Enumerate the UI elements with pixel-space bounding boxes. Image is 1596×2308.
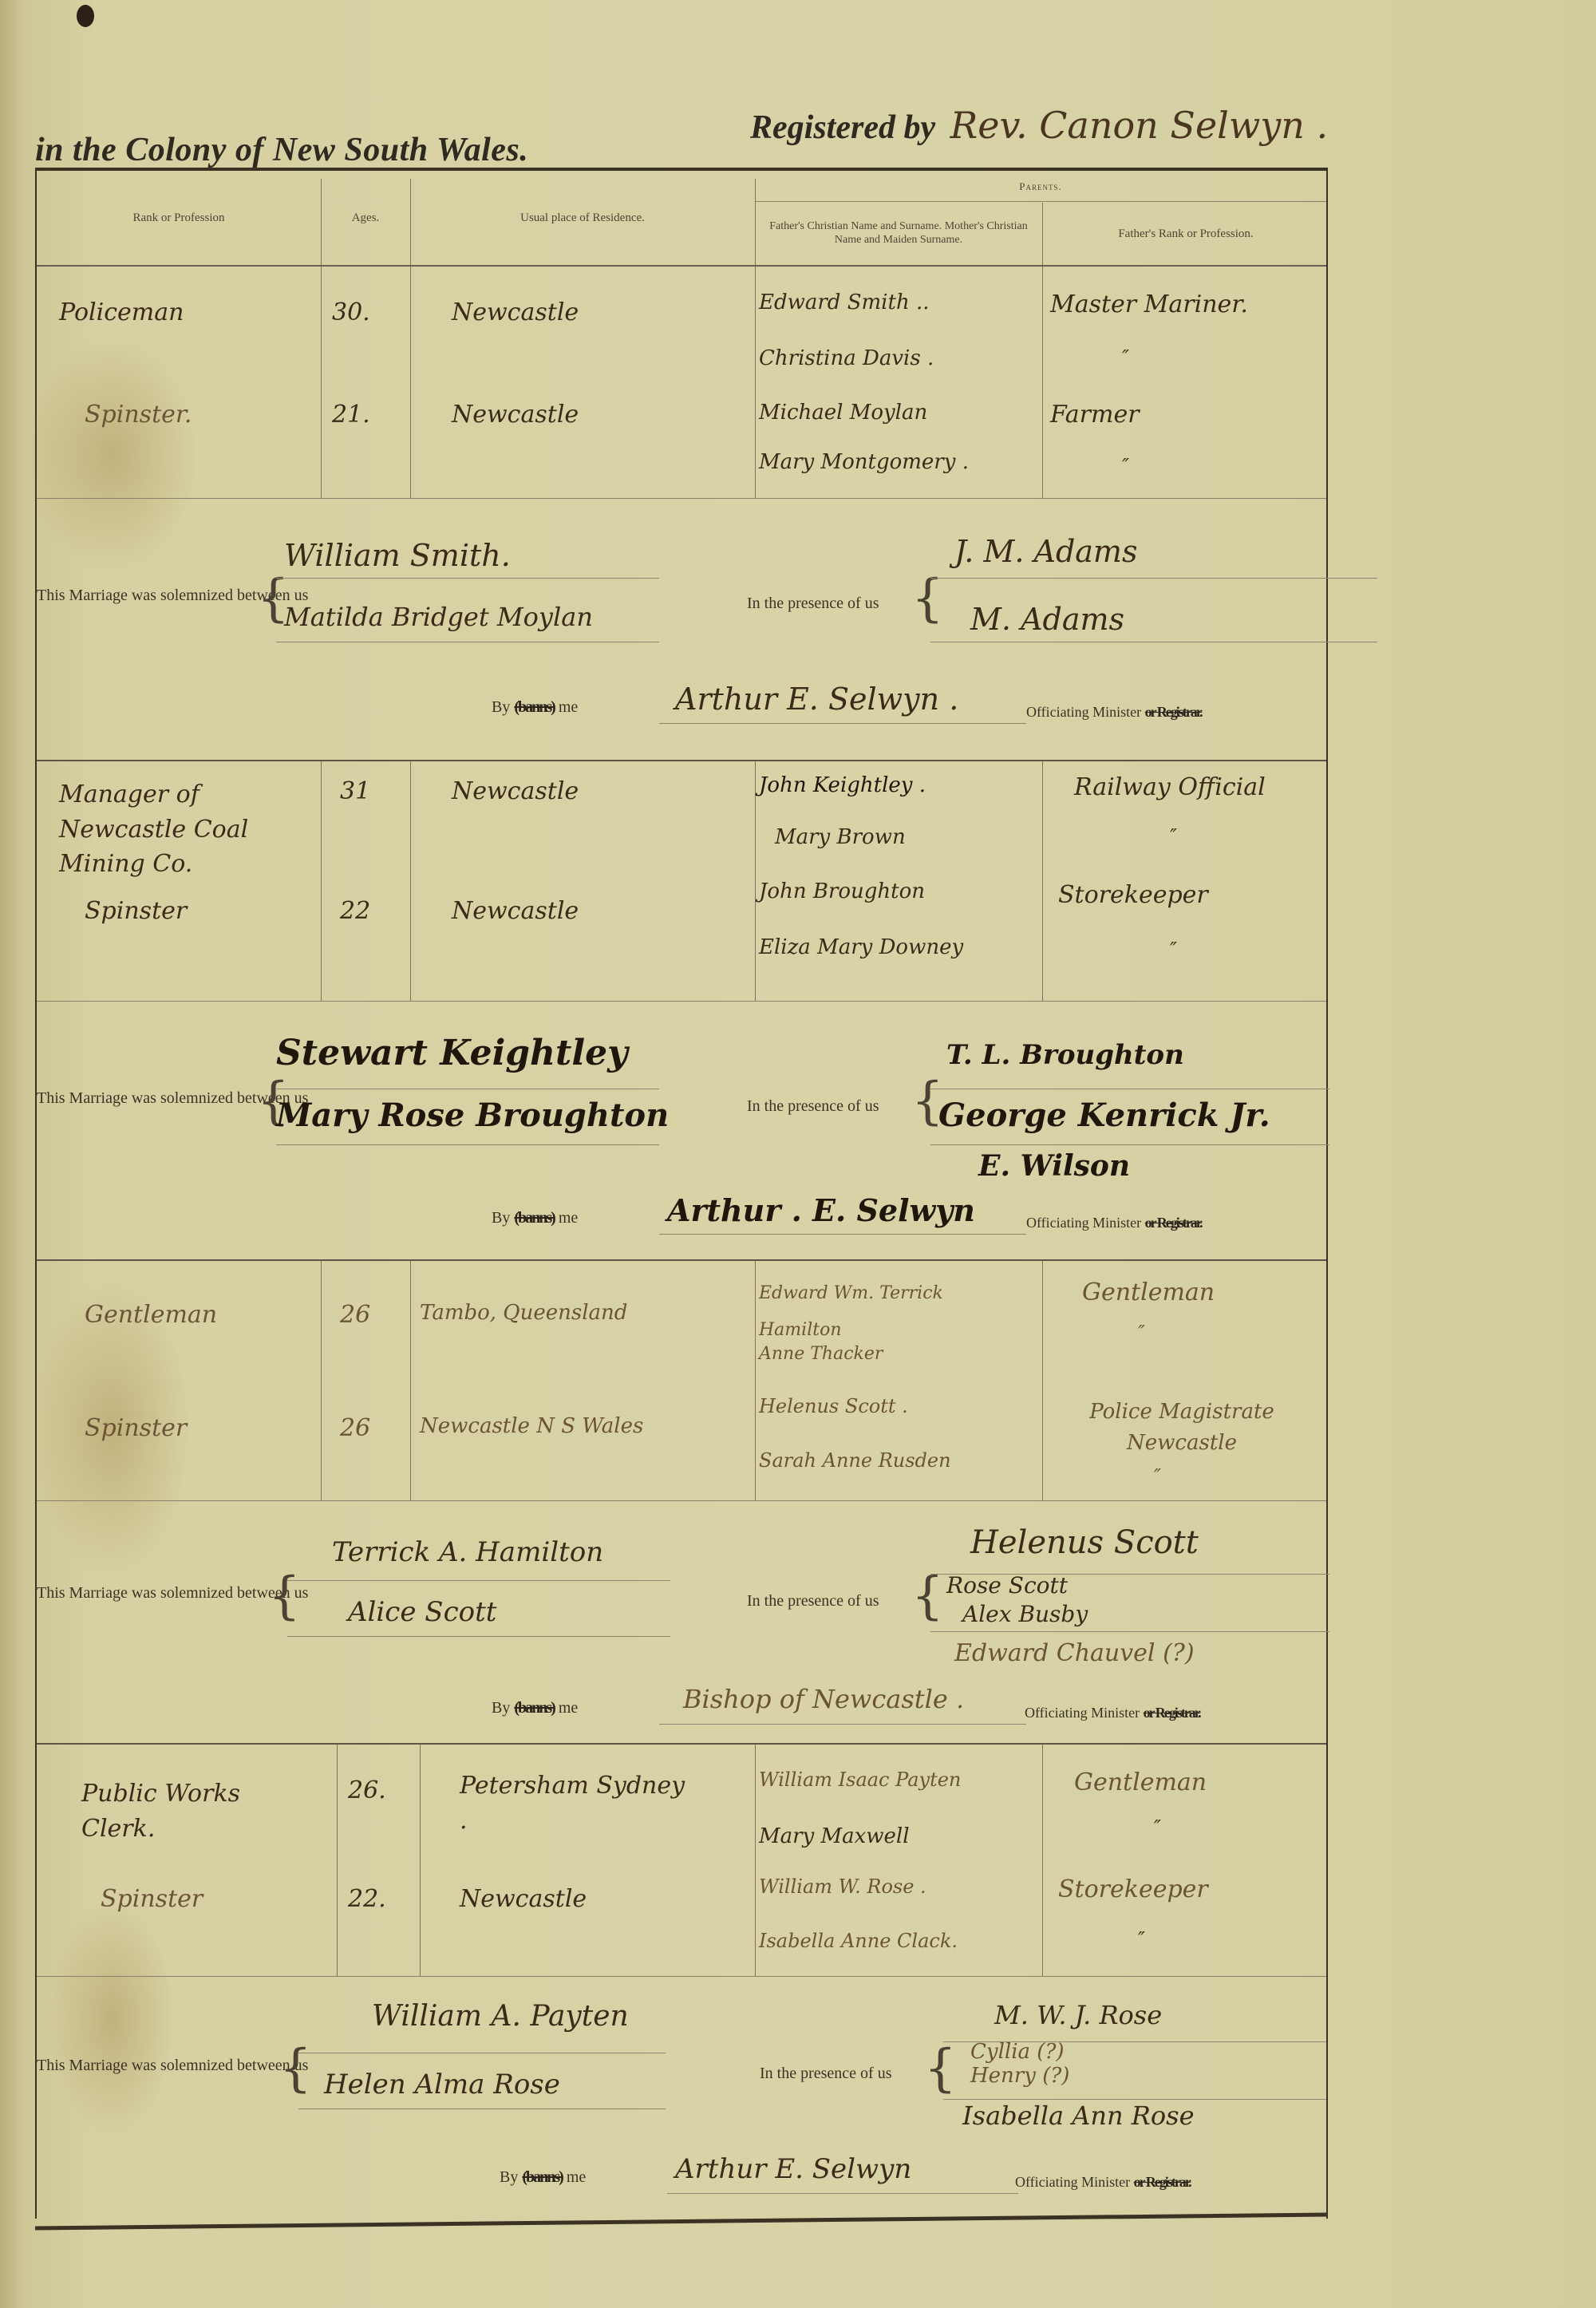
witness-signature: Edward Chauvel (?): [954, 1639, 1195, 1667]
bride-mother: Mary Montgomery .: [759, 450, 969, 474]
groom-mother: Mary Brown: [775, 825, 906, 849]
groom-residence: Petersham Sydney .: [460, 1769, 699, 1838]
bride-rank: Spinster: [85, 1414, 187, 1442]
bride-signature: Matilda Bridget Moylan: [284, 602, 593, 632]
groom-rank: Policeman: [59, 298, 184, 326]
groom-father-rank: Master Mariner.: [1050, 290, 1248, 318]
divider: [1042, 203, 1043, 265]
col-rank: Rank or Profession: [37, 171, 321, 265]
divider: [321, 179, 322, 265]
witness-signature: Henry (?): [970, 2064, 1069, 2088]
groom-age: 26: [340, 1301, 370, 1329]
groom-signature: William A. Payten: [372, 2000, 629, 2033]
registered-by: Registered by Rev. Canon Selwyn .: [750, 104, 1328, 147]
minister-signature: Arthur E. Selwyn .: [675, 682, 958, 717]
bride-age: 21.: [332, 401, 370, 429]
groom-mother: Anne Thacker: [759, 1344, 883, 1364]
witness-signature: Helenus Scott: [970, 1524, 1199, 1561]
presence-label: In the presence of us: [760, 2064, 892, 2083]
presence-label: In the presence of us: [747, 594, 879, 613]
col-parents-group: Parents.: [755, 180, 1326, 193]
col-father-rank: Father's Rank or Profession.: [1066, 203, 1306, 265]
brace: {: [911, 1571, 944, 1622]
brace: {: [268, 1571, 301, 1622]
presence-label: In the presence of us: [747, 1591, 879, 1610]
groom-signature: Terrick A. Hamilton: [332, 1536, 603, 1568]
minister-signature: Arthur E. Selwyn: [675, 2153, 911, 2185]
presence-label: In the presence of us: [747, 1097, 879, 1116]
bride-father-rank: Storekeeper: [1058, 1875, 1208, 1903]
groom-age: 26.: [348, 1776, 386, 1804]
groom-residence: Newcastle: [452, 298, 579, 326]
witness-signature: J. M. Adams: [954, 534, 1137, 569]
witness-signature: Cyllia (?): [970, 2040, 1065, 2064]
bride-father: John Broughton: [759, 879, 925, 903]
ditto-mark: ″: [1122, 346, 1129, 369]
witness-signature: Alex Busby: [962, 1601, 1088, 1627]
officiating-label: Officiating Minister or Registrar.: [1025, 1705, 1200, 1722]
bride-father: Helenus Scott .: [759, 1395, 908, 1417]
divider: [410, 179, 411, 265]
groom-residence: Newcastle: [452, 777, 579, 805]
groom-father: Edward Smith ..: [759, 290, 929, 314]
groom-father: Edward Wm. Terrick Hamilton: [759, 1275, 1030, 1349]
bride-father-rank: Farmer: [1050, 401, 1140, 429]
bride-signature: Alice Scott: [348, 1596, 496, 1628]
bride-signature: Mary Rose Broughton: [276, 1097, 669, 1134]
divider: [755, 179, 756, 265]
bride-father: William W. Rose .: [759, 1875, 926, 1898]
officiating-label: Officiating Minister or Registrar.: [1026, 1215, 1202, 1232]
registrar-name: Rev. Canon Selwyn .: [950, 104, 1329, 147]
by-label: By (banns) me: [492, 698, 578, 717]
solemnized-label: This Marriage was solemnized between us: [37, 586, 254, 605]
groom-mother: Mary Maxwell: [759, 1824, 910, 1848]
by-label: By (banns) me: [492, 1208, 578, 1227]
officiating-label: Officiating Minister or Registrar.: [1015, 2174, 1191, 2191]
bride-residence: Newcastle: [452, 897, 579, 925]
bride-father-rank: Storekeeper: [1058, 881, 1208, 909]
ditto-mark: ″: [1154, 1816, 1161, 1839]
ditto-mark: ″: [1170, 939, 1177, 961]
by-label: By (banns) me: [500, 2168, 586, 2187]
minister-signature: Bishop of Newcastle .: [683, 1684, 964, 1714]
divider: [755, 201, 1326, 202]
groom-father-rank: Gentleman: [1082, 1278, 1215, 1306]
groom-signature: William Smith.: [284, 538, 511, 573]
groom-residence: Tambo, Queensland: [420, 1301, 627, 1325]
groom-mother: Christina Davis .: [759, 346, 934, 370]
witness-signature: Isabella Ann Rose: [962, 2101, 1195, 2131]
bride-rank: Spinster: [85, 897, 187, 925]
bride-residence: Newcastle: [452, 401, 579, 429]
registered-prefix: Registered by: [750, 109, 935, 146]
marriage-register-table: Rank or Profession Ages. Usual place of …: [35, 168, 1328, 2219]
witness-signature: Rose Scott: [946, 1572, 1068, 1599]
ditto-mark: ″: [1138, 1928, 1145, 1950]
marriage-entry: Public Works Clerk. 26. Petersham Sydney…: [37, 1745, 1326, 2219]
groom-father-rank: Railway Official: [1074, 773, 1266, 801]
groom-age: 30.: [332, 298, 370, 326]
witness-signature: T. L. Broughton: [946, 1039, 1184, 1071]
solemnized-label: This Marriage was solemnized between us: [37, 2056, 276, 2075]
col-residence: Usual place of Residence.: [410, 171, 755, 265]
groom-rank: Manager of Newcastle Coal Mining Co.: [59, 777, 314, 882]
groom-father: William Isaac Payten: [759, 1769, 961, 1791]
witness-signature: M. Adams: [970, 602, 1124, 637]
bride-residence: Newcastle: [460, 1885, 587, 1913]
bride-rank: Spinster.: [85, 401, 192, 429]
solemnized-label: This Marriage was solemnized between us: [37, 1583, 265, 1603]
bride-rank: Spinster: [101, 1885, 203, 1913]
bride-mother: Isabella Anne Clack.: [759, 1930, 958, 1952]
ditto-mark: ″: [1154, 1465, 1161, 1488]
by-label: By (banns) me: [492, 1698, 578, 1717]
bride-mother: Sarah Anne Rusden: [759, 1449, 951, 1472]
groom-rank: Gentleman: [85, 1301, 217, 1329]
witness-signature: E. Wilson: [978, 1149, 1130, 1183]
solemnized-label: This Marriage was solemnized between us: [37, 1089, 254, 1108]
bride-father-rank: Police Magistrate Newcastle: [1046, 1397, 1317, 1459]
marriage-entry: Manager of Newcastle Coal Mining Co. 31 …: [37, 761, 1326, 1261]
groom-signature: Stewart Keightley: [276, 1033, 628, 1073]
marriage-entry: Gentleman 26 Tambo, Queensland Edward Wm…: [37, 1261, 1326, 1745]
ditto-mark: ″: [1122, 455, 1129, 477]
bride-father: Michael Moylan: [759, 401, 927, 425]
ink-spot: [77, 5, 94, 27]
bride-mother: Eliza Mary Downey: [759, 935, 963, 959]
ditto-mark: ″: [1170, 825, 1177, 848]
minister-signature: Arthur . E. Selwyn: [667, 1192, 975, 1228]
groom-father-rank: Gentleman: [1074, 1769, 1207, 1796]
witness-signature: George Kenrick Jr.: [938, 1097, 1270, 1134]
groom-age: 31: [340, 777, 370, 805]
col-parents-names: Father's Christian Name and Surname. Mot…: [755, 203, 1042, 265]
page-title: in the Colony of New South Wales.: [35, 131, 528, 169]
groom-rank: Public Works Clerk.: [81, 1776, 321, 1846]
bride-age: 22: [340, 897, 370, 925]
witness-signature: M. W. J. Rose: [994, 2000, 1162, 2030]
bride-residence: Newcastle N S Wales: [420, 1414, 643, 1438]
bride-age: 26: [340, 1414, 370, 1442]
brace: {: [279, 2043, 312, 2094]
column-header-row: Rank or Profession Ages. Usual place of …: [37, 171, 1326, 267]
brace: {: [911, 573, 944, 624]
brace: {: [924, 2043, 957, 2094]
bride-age: 22.: [348, 1885, 386, 1913]
col-ages: Ages.: [321, 171, 410, 265]
bride-signature: Helen Alma Rose: [324, 2069, 560, 2101]
officiating-label: Officiating Minister or Registrar.: [1026, 704, 1202, 721]
groom-father: John Keightley .: [759, 773, 926, 797]
ditto-mark: ″: [1138, 1322, 1145, 1344]
marriage-entry: Policeman 30. Newcastle Edward Smith .. …: [37, 267, 1326, 761]
